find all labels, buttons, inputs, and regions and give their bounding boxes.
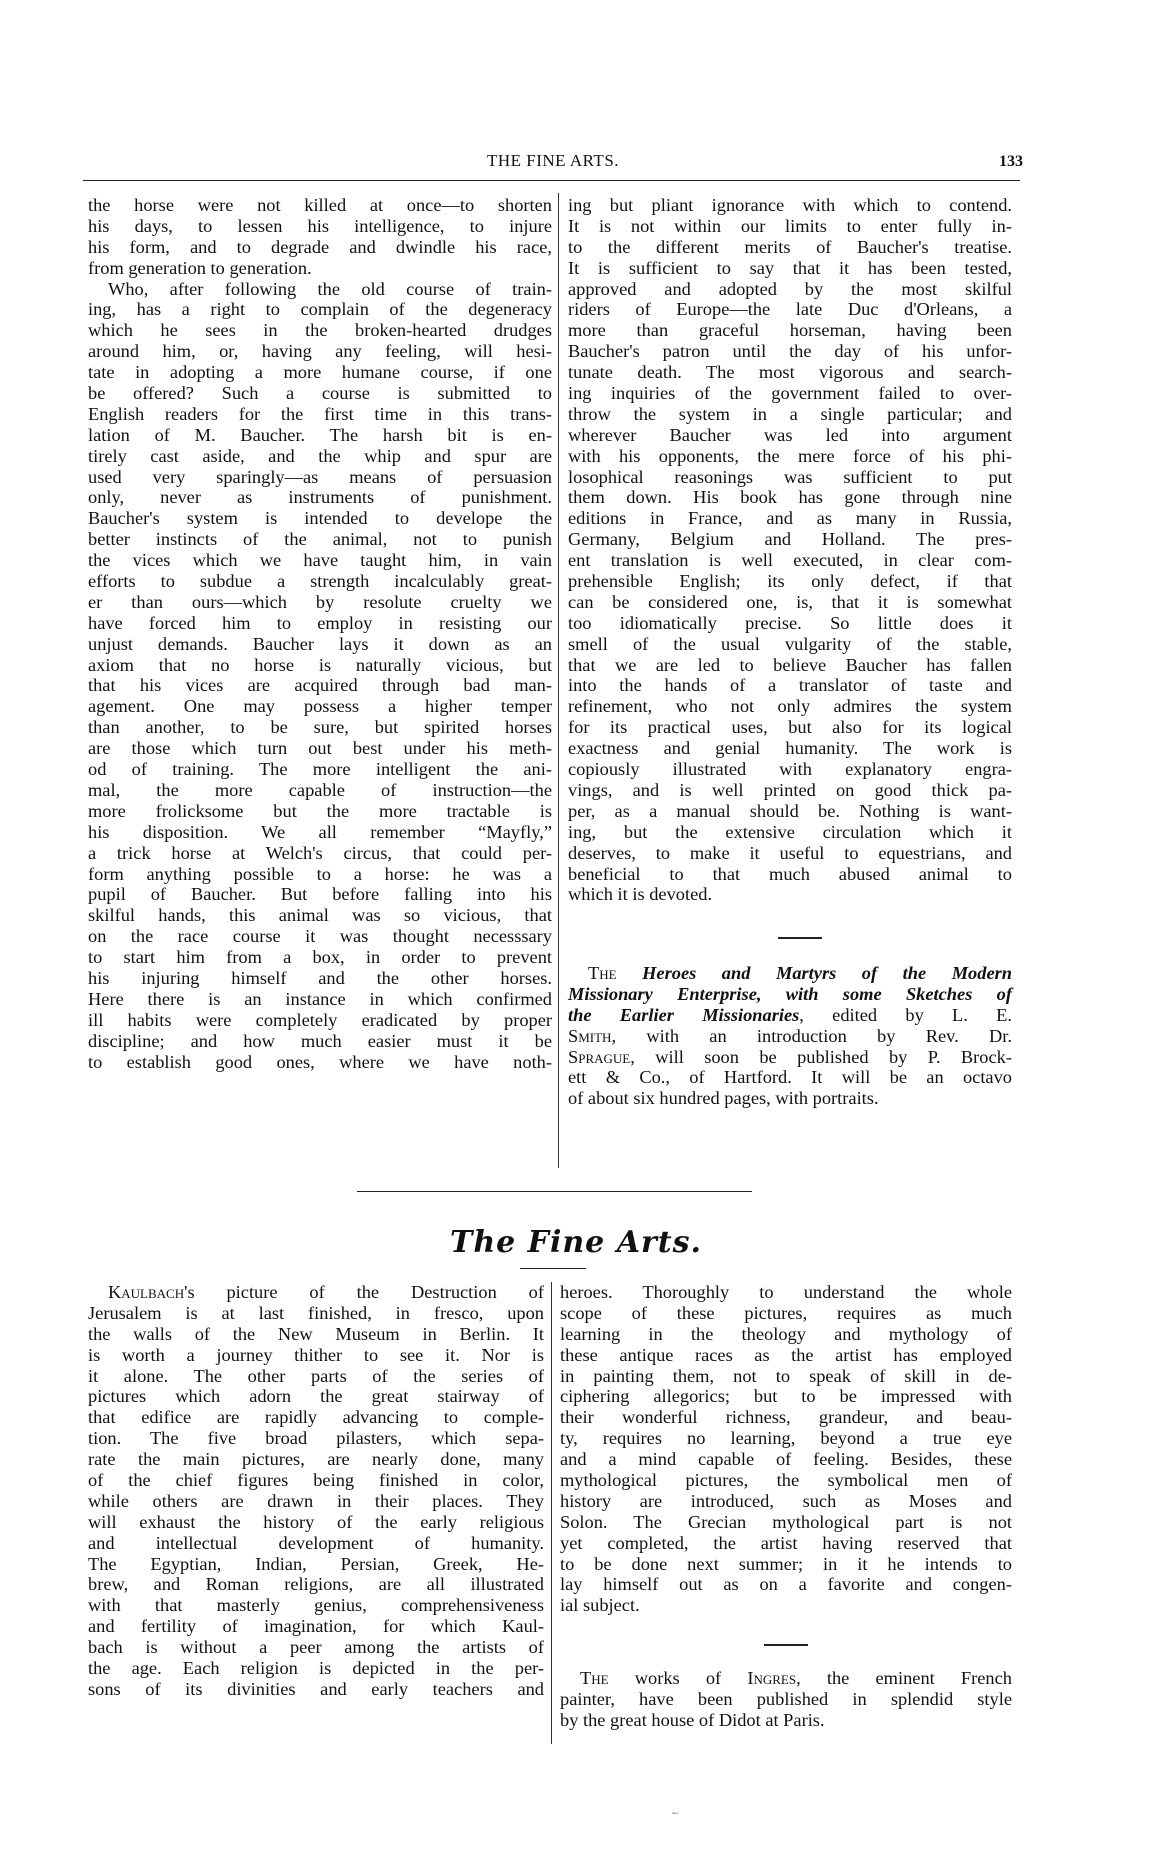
text-line: will exhaust the history of the early re… <box>88 1512 544 1533</box>
text-line: only, never as instruments of punishment… <box>88 487 552 508</box>
notice-line: by the great house of Didot at Paris. <box>560 1710 1012 1731</box>
text-line: sons of its divinities and early teacher… <box>88 1679 544 1700</box>
notice-line: painter, have been published in splendid… <box>560 1689 1012 1710</box>
text-line: these antique races as the artist has em… <box>560 1345 1012 1366</box>
text-line: from generation to generation. <box>88 258 552 279</box>
text-line: for its practical uses, but also for its… <box>568 717 1012 738</box>
section-title-underline <box>520 1268 586 1269</box>
text-line: his form, and to degrade and dwindle his… <box>88 237 552 258</box>
text-line: ing, has a right to complain of the dege… <box>88 299 552 320</box>
text-line: discipline; and how much easier must it … <box>88 1031 552 1052</box>
text-line: to establish good ones, where we have no… <box>88 1052 552 1073</box>
text-line: mythological pictures, the symbolical me… <box>560 1470 1012 1491</box>
text-line: English readers for the first time in th… <box>88 404 552 425</box>
column-divider-top <box>558 193 559 1168</box>
text-line: to be done next summer; in it he intends… <box>560 1554 1012 1575</box>
text-line: exactness and genial humanity. The work … <box>568 738 1012 759</box>
text-line: Here there is an instance in which confi… <box>88 989 552 1010</box>
text-line: better instincts of the animal, not to p… <box>88 529 552 550</box>
text-line: his injuring himself and the other horse… <box>88 968 552 989</box>
text-line: axiom that no horse is naturally vicious… <box>88 655 552 676</box>
text-line: losophical reasonings was sufficient to … <box>568 467 1012 488</box>
text-line: on the race course it was thought necess… <box>88 926 552 947</box>
text-line: with that masterly genius, comprehensive… <box>88 1595 544 1616</box>
running-title: THE FINE ARTS. <box>83 151 1023 171</box>
text-line: ill habits were completely eradicated by… <box>88 1010 552 1031</box>
section-rule <box>357 1191 752 1192</box>
text-line: er than ours—which by resolute cruelty w… <box>88 592 552 613</box>
text-line: agement. One may possess a higher temper <box>88 696 552 717</box>
text-line: more frolicksome but the more tractable … <box>88 801 552 822</box>
ingres-notice: The works of Ingres, the eminent French … <box>560 1668 1012 1731</box>
text-line: than another, to be sure, but spirited h… <box>88 717 552 738</box>
text-line: deserves, to make it useful to equestria… <box>568 843 1012 864</box>
text-line: that we are led to believe Baucher has f… <box>568 655 1012 676</box>
page-number: 133 <box>999 153 1023 171</box>
text-line: the vices which we have taught him, in v… <box>88 550 552 571</box>
text-line: ing but pliant ignorance with which to c… <box>568 195 1012 216</box>
text-line: prehensible English; its only defect, if… <box>568 571 1012 592</box>
notice-separator-rule <box>764 1644 808 1646</box>
notice-line: Sprague, will soon be published by P. Br… <box>568 1047 1012 1068</box>
text-line: which it is devoted. <box>568 884 1012 905</box>
text-line: yet completed, the artist having reserve… <box>560 1533 1012 1554</box>
text-line: learning in the theology and mythology o… <box>560 1324 1012 1345</box>
print-specks: ~· <box>672 1809 679 1818</box>
text-line: wherever Baucher was led into argument <box>568 425 1012 446</box>
text-line: The Egyptian, Indian, Persian, Greek, He… <box>88 1554 544 1575</box>
text-line: which he sees in the broken-hearted drud… <box>88 320 552 341</box>
text-line: scope of these pictures, requires as muc… <box>560 1303 1012 1324</box>
text-line: heroes. Thoroughly to understand the who… <box>560 1282 1012 1303</box>
text-line: to start him from a box, in order to pre… <box>88 947 552 968</box>
text-line: is worth a journey thither to see it. No… <box>88 1345 544 1366</box>
text-line: ing inquiries of the government failed t… <box>568 383 1012 404</box>
text-line: throw the system in a single particular;… <box>568 404 1012 425</box>
bottom-right-column: heroes. Thoroughly to understand the who… <box>560 1282 1012 1616</box>
text-line: the age. Each religion is depicted in th… <box>88 1658 544 1679</box>
text-line: bach is without a peer among the artists… <box>88 1637 544 1658</box>
text-line: rate the main pictures, are nearly done,… <box>88 1449 544 1470</box>
notice-line: ett & Co., of Hartford. It will be an oc… <box>568 1067 1012 1088</box>
text-line: pupil of Baucher. But before falling int… <box>88 884 552 905</box>
text-line: Jerusalem is at last finished, in fresco… <box>88 1303 544 1324</box>
text-line: and a mind capable of feeling. Besides, … <box>560 1449 1012 1470</box>
text-line: pictures which adorn the great stairway … <box>88 1386 544 1407</box>
text-line: of the chief figures being finished in c… <box>88 1470 544 1491</box>
text-line: Who, after following the old course of t… <box>88 279 552 300</box>
notice-line: Smith, with an introduction by Rev. Dr. <box>568 1026 1012 1047</box>
running-head: THE FINE ARTS. 133 <box>83 147 1023 177</box>
text-line: lation of M. Baucher. The harsh bit is e… <box>88 425 552 446</box>
text-line: ing, but the extensive circulation which… <box>568 822 1012 843</box>
text-line: and intellectual development of humanity… <box>88 1533 544 1554</box>
text-line: Baucher's patron until the day of his un… <box>568 341 1012 362</box>
text-line: efforts to subdue a strength incalculabl… <box>88 571 552 592</box>
text-line: that edifice are rapidly advancing to co… <box>88 1407 544 1428</box>
text-line: tirely cast aside, and the whip and spur… <box>88 446 552 467</box>
notice-line: the Earlier Missionaries, edited by L. E… <box>568 1005 1012 1026</box>
text-line: into the hands of a translator of taste … <box>568 675 1012 696</box>
text-line: tunate death. The most vigorous and sear… <box>568 362 1012 383</box>
text-line: in painting them, not to speak of skill … <box>560 1366 1012 1387</box>
text-line: ty, requires no learning, beyond a true … <box>560 1428 1012 1449</box>
text-line: the walls of the New Museum in Berlin. I… <box>88 1324 544 1345</box>
text-line: form anything possible to a horse: he wa… <box>88 864 552 885</box>
text-line: od of training. The more intelligent the… <box>88 759 552 780</box>
text-line: It is sufficient to say that it has been… <box>568 258 1012 279</box>
text-line: a trick horse at Welch's circus, that co… <box>88 843 552 864</box>
text-line: have forced him to employ in resisting o… <box>88 613 552 634</box>
text-line: lay himself out as on a favorite and con… <box>560 1574 1012 1595</box>
text-line: to the different merits of Baucher's tre… <box>568 237 1012 258</box>
text-line: used very sparingly—as means of persuasi… <box>88 467 552 488</box>
section-title: The Fine Arts. <box>0 1225 1152 1260</box>
header-rule <box>83 180 1020 181</box>
text-line: vings, and is well printed on good thick… <box>568 780 1012 801</box>
text-line: while others are drawn in their places. … <box>88 1491 544 1512</box>
text-line: riders of Europe—the late Duc d'Orleans,… <box>568 299 1012 320</box>
text-line: smell of the usual vulgarity of the stab… <box>568 634 1012 655</box>
notice-line: Missionary Enterprise, with some Sketche… <box>568 984 1012 1005</box>
text-line: editions in France, and as many in Russi… <box>568 508 1012 529</box>
text-line: approved and adopted by the most skilful <box>568 279 1012 300</box>
text-line: brew, and Roman religions, are all illus… <box>88 1574 544 1595</box>
top-left-column: the horse were not killed at once—to sho… <box>88 195 552 1072</box>
notice-line: of about six hundred pages, with portrai… <box>568 1088 1012 1109</box>
text-line: be offered? Such a course is submitted t… <box>88 383 552 404</box>
text-line: it alone. The other parts of the series … <box>88 1366 544 1387</box>
text-line: refinement, who not only admires the sys… <box>568 696 1012 717</box>
text-line: them down. His book has gone through nin… <box>568 487 1012 508</box>
text-line: Germany, Belgium and Holland. The pres- <box>568 529 1012 550</box>
text-line: unjust demands. Baucher lays it down as … <box>88 634 552 655</box>
top-right-column: ing but pliant ignorance with which to c… <box>568 195 1012 905</box>
text-line: per, as a manual should be. Nothing is w… <box>568 801 1012 822</box>
text-line: their wonderful richness, grandeur, and … <box>560 1407 1012 1428</box>
text-line: ent translation is well executed, in cle… <box>568 550 1012 571</box>
text-line: copiously illustrated with explanatory e… <box>568 759 1012 780</box>
text-line: around him, or, having any feeling, will… <box>88 341 552 362</box>
text-line: and fertility of imagination, for which … <box>88 1616 544 1637</box>
bottom-left-column: Kaulbach's picture of the Destruction of… <box>88 1282 544 1700</box>
notice-separator-rule <box>778 937 822 939</box>
text-line: ial subject. <box>560 1595 1012 1616</box>
text-line: too idiomatically precise. So little doe… <box>568 613 1012 634</box>
text-line: tion. The five broad pilasters, which se… <box>88 1428 544 1449</box>
text-line: the horse were not killed at once—to sho… <box>88 195 552 216</box>
text-line: ciphering allegorics; but to be impresse… <box>560 1386 1012 1407</box>
article-first-line: Kaulbach's picture of the Destruction of <box>88 1282 544 1303</box>
text-line: history are introduced, such as Moses an… <box>560 1491 1012 1512</box>
text-line: more than graceful horseman, having been <box>568 320 1012 341</box>
text-line: his disposition. We all remember “Mayfly… <box>88 822 552 843</box>
notice-line: The works of Ingres, the eminent French <box>560 1668 1012 1689</box>
text-line: that his vices are acquired through bad … <box>88 675 552 696</box>
text-line: It is not within our limits to enter ful… <box>568 216 1012 237</box>
text-line: skilful hands, this animal was so viciou… <box>88 905 552 926</box>
text-line: are those which turn out best under his … <box>88 738 552 759</box>
column-divider-bottom <box>551 1282 552 1744</box>
text-line: with his opponents, the mere force of hi… <box>568 446 1012 467</box>
text-line: his days, to lessen his intelligence, to… <box>88 216 552 237</box>
notice-line: The Heroes and Martyrs of the Modern <box>568 963 1012 984</box>
text-line: beneficial to that much abused animal to <box>568 864 1012 885</box>
book-notice: The Heroes and Martyrs of the Modern Mis… <box>568 963 1012 1109</box>
text-line: tate in adopting a more humane course, i… <box>88 362 552 383</box>
text-line: can be considered one, is, that it is so… <box>568 592 1012 613</box>
text-line: Solon. The Grecian mythological part is … <box>560 1512 1012 1533</box>
text-line: Baucher's system is intended to develope… <box>88 508 552 529</box>
text-line: mal, the more capable of instruction—the <box>88 780 552 801</box>
